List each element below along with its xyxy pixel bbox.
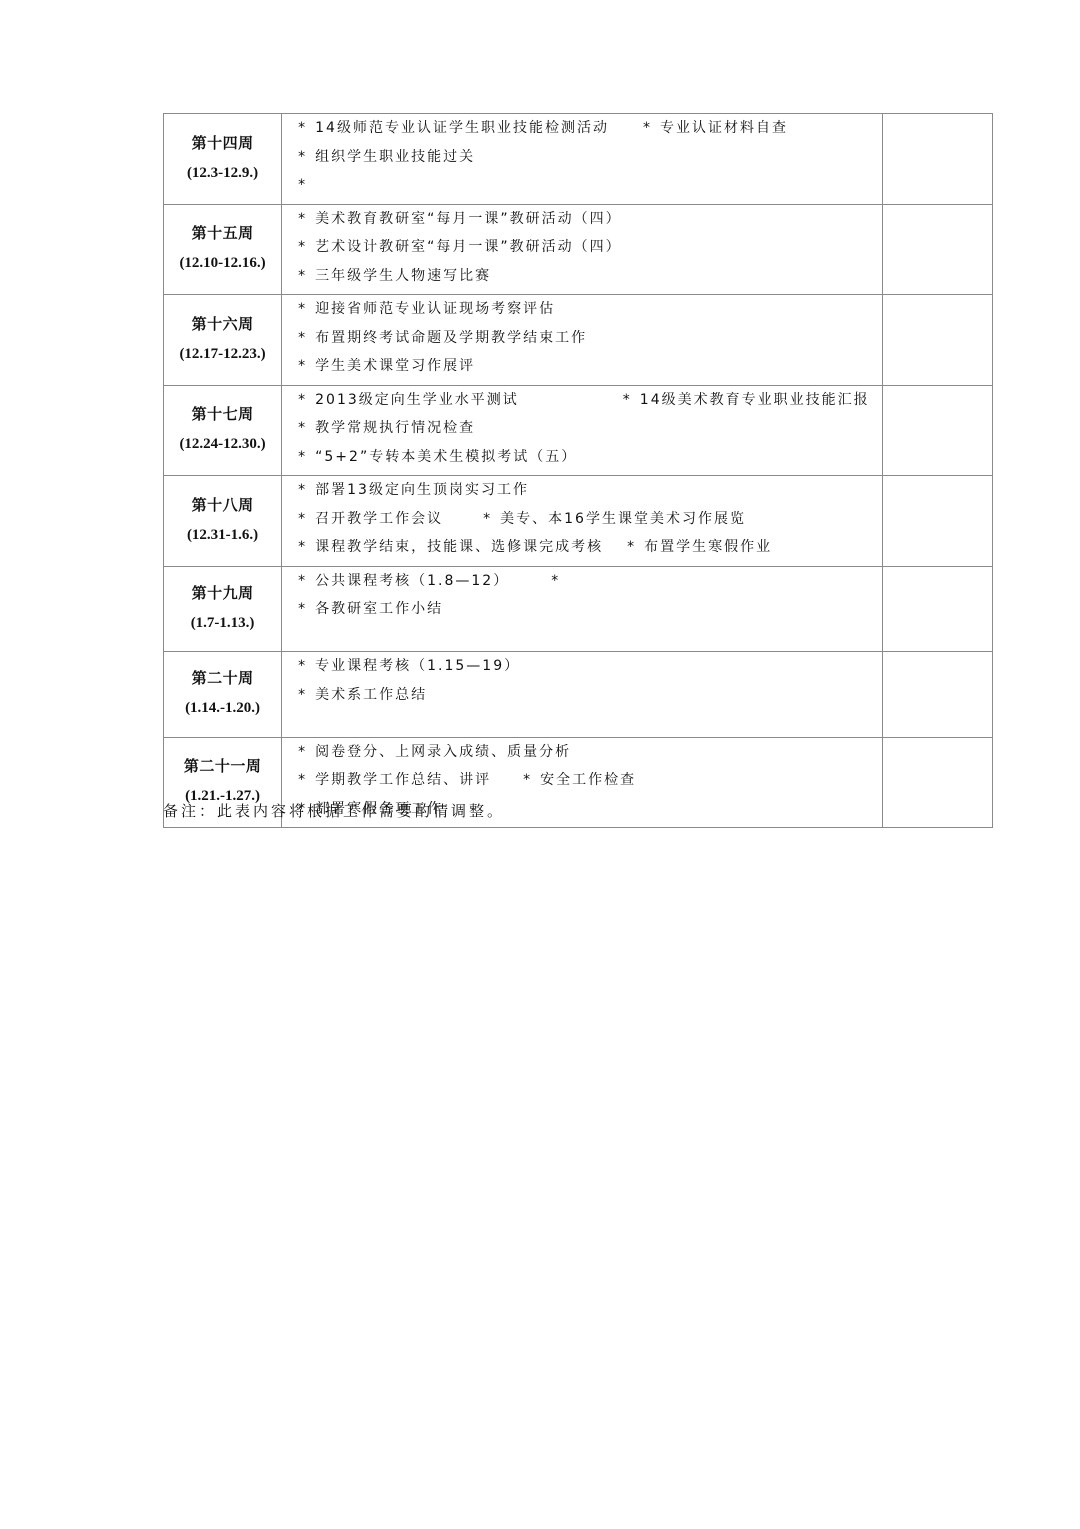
work-item-text: 课程教学结束，技能课、选修课完成考核 [315,539,603,555]
bullet-star-icon: * [298,571,315,592]
bullet-star-icon: * [298,770,315,791]
week-name: 第二十周 [164,665,281,694]
work-item: *教学常规执行情况检查 [298,418,475,447]
bullet-star-icon: * [298,418,315,439]
work-item: *三年级学生人物速写比赛 [298,266,491,295]
work-item: *专业课程考核（1.15—19） [298,656,520,685]
item-line: *学生美术课堂习作展评 [298,356,882,385]
work-item-text: 召开教学工作会议 [315,511,443,527]
week-name: 第二十一周 [164,753,281,782]
work-item: *公共课程考核（1.8—12） [298,571,509,600]
bullet-star-icon: * [298,742,315,763]
work-item-text: 美术教育教研室“每月一课”教研活动（四） [315,211,622,227]
item-line: *各教研室工作小结 [298,599,882,628]
week-dates: (12.10-12.16.) [164,249,281,278]
item-line: *2013级定向生学业水平测试*14级美术教育专业职业技能汇报 [298,390,882,419]
bullet-star-icon: * [551,571,568,592]
work-item-text: 专业课程考核（1.15—19） [315,658,520,674]
week-cell: 第十八周(12.31-1.6.) [164,476,282,567]
item-line: *艺术设计教研室“每月一课”教研活动（四） [298,237,882,266]
work-item: *学期教学工作总结、讲评 [298,770,491,799]
work-item-text: 14级美术教育专业职业技能汇报 [640,392,870,408]
work-item: *美术系工作总结 [298,685,427,714]
bullet-star-icon: * [483,509,500,530]
work-item-text: 阅卷登分、上网录入成绩、质量分析 [315,744,571,760]
work-item-text: 迎接省师范专业认证现场考察评估 [315,301,555,317]
item-line: *布置期终考试命题及学期教学结束工作 [298,328,882,357]
work-items-cell: *专业课程考核（1.15—19）*美术系工作总结 [282,652,883,738]
bullet-star-icon: * [298,356,315,377]
table-row: 第十七周(12.24-12.30.)*2013级定向生学业水平测试*14级美术教… [164,385,993,476]
work-item: *艺术设计教研室“每月一课”教研活动（四） [298,237,622,266]
week-dates: (12.3-12.9.) [164,159,281,188]
work-item-text: 布置期终考试命题及学期教学结束工作 [315,330,587,346]
bullet-star-icon: * [298,509,315,530]
work-item: *召开教学工作会议 [298,509,443,538]
bullet-star-icon: * [298,328,315,349]
work-item: * [551,571,568,600]
work-item-text: 部署13级定向生顶岗实习工作 [315,482,529,498]
bullet-star-icon: * [298,209,315,230]
work-item: * [298,175,315,204]
item-line: *美术系工作总结 [298,685,882,714]
work-item-text: 美术系工作总结 [315,687,427,703]
work-item: *课程教学结束，技能课、选修课完成考核 [298,537,603,566]
work-items-cell: *14级师范专业认证学生职业技能检测活动*专业认证材料自查*组织学生职业技能过关… [282,114,883,205]
week-name: 第十八周 [164,492,281,521]
work-item-text: 组织学生职业技能过关 [315,149,475,165]
schedule-table-body: 第十四周(12.3-12.9.)*14级师范专业认证学生职业技能检测活动*专业认… [164,114,993,828]
week-dates: (12.24-12.30.) [164,430,281,459]
item-line: *“5+2”专转本美术生模拟考试（五） [298,447,882,476]
work-item-text: 公共课程考核（1.8—12） [315,573,509,589]
week-dates: (1.14.-1.20.) [164,694,281,723]
bullet-star-icon: * [298,656,315,677]
work-item: *2013级定向生学业水平测试 [298,390,519,419]
bullet-star-icon: * [298,685,315,706]
item-line: *组织学生职业技能过关 [298,147,882,176]
bullet-star-icon: * [298,299,315,320]
work-item-text: 14级师范专业认证学生职业技能检测活动 [315,120,609,136]
week-cell: 第十七周(12.24-12.30.) [164,385,282,476]
work-item: *安全工作检查 [523,770,636,799]
schedule-table: 第十四周(12.3-12.9.)*14级师范专业认证学生职业技能检测活动*专业认… [163,113,993,828]
week-cell: 第二十周(1.14.-1.20.) [164,652,282,738]
week-name: 第十七周 [164,401,281,430]
work-items-cell: *公共课程考核（1.8—12）**各教研室工作小结 [282,566,883,652]
week-cell: 第十九周(1.7-1.13.) [164,566,282,652]
item-line: *三年级学生人物速写比赛 [298,266,882,295]
work-item: *14级师范专业认证学生职业技能检测活动 [298,118,609,147]
remark-cell [882,737,992,828]
work-item-text: 专业认证材料自查 [660,120,788,136]
work-item-text: 各教研室工作小结 [315,601,443,617]
work-items-cell: *迎接省师范专业认证现场考察评估*布置期终考试命题及学期教学结束工作*学生美术课… [282,295,883,386]
work-item-text: 三年级学生人物速写比赛 [315,268,491,284]
week-cell: 第十四周(12.3-12.9.) [164,114,282,205]
footnote: 备注：此表内容将根据工作需要酌情调整。 [163,800,505,822]
work-item: *布置期终考试命题及学期教学结束工作 [298,328,587,357]
remark-cell [882,476,992,567]
work-item-text: 教学常规执行情况检查 [315,420,475,436]
work-item: *学生美术课堂习作展评 [298,356,475,385]
bullet-star-icon: * [643,118,660,139]
remark-cell [882,114,992,205]
item-line: *课程教学结束，技能课、选修课完成考核*布置学生寒假作业 [298,537,882,566]
work-item-text: 学期教学工作总结、讲评 [315,772,491,788]
item-line: *专业课程考核（1.15—19） [298,656,882,685]
remark-cell [882,566,992,652]
item-line: *迎接省师范专业认证现场考察评估 [298,299,882,328]
bullet-star-icon: * [298,447,315,468]
bullet-star-icon: * [298,147,315,168]
bullet-star-icon: * [523,770,540,791]
bullet-star-icon: * [298,175,315,196]
work-item-text: 2013级定向生学业水平测试 [315,392,519,408]
work-item: *14级美术教育专业职业技能汇报 [623,390,870,419]
week-name: 第十六周 [164,311,281,340]
item-line: *阅卷登分、上网录入成绩、质量分析 [298,742,882,771]
table-row: 第十五周(12.10-12.16.)*美术教育教研室“每月一课”教研活动（四）*… [164,204,993,295]
work-item: *迎接省师范专业认证现场考察评估 [298,299,555,328]
week-name: 第十五周 [164,220,281,249]
bullet-star-icon: * [298,118,315,139]
remark-cell [882,204,992,295]
work-item: *阅卷登分、上网录入成绩、质量分析 [298,742,571,771]
item-line: *教学常规执行情况检查 [298,418,882,447]
work-item-text: “5+2”专转本美术生模拟考试（五） [315,449,577,465]
work-item: *各教研室工作小结 [298,599,443,628]
remark-cell [882,385,992,476]
work-items-cell: *2013级定向生学业水平测试*14级美术教育专业职业技能汇报*教学常规执行情况… [282,385,883,476]
week-cell: 第十六周(12.17-12.23.) [164,295,282,386]
week-dates: (12.17-12.23.) [164,340,281,369]
table-row: 第十九周(1.7-1.13.)*公共课程考核（1.8—12）**各教研室工作小结 [164,566,993,652]
work-item: *美专、本16学生课堂美术习作展览 [483,509,746,538]
bullet-star-icon: * [298,599,315,620]
bullet-star-icon: * [298,480,315,501]
item-line: *美术教育教研室“每月一课”教研活动（四） [298,209,882,238]
week-cell: 第十五周(12.10-12.16.) [164,204,282,295]
week-name: 第十九周 [164,580,281,609]
bullet-star-icon: * [298,237,315,258]
work-item-text: 布置学生寒假作业 [644,539,772,555]
bullet-star-icon: * [298,537,315,558]
table-row: 第二十周(1.14.-1.20.)*专业课程考核（1.15—19）*美术系工作总… [164,652,993,738]
work-item-text: 安全工作检查 [540,772,636,788]
item-line: *学期教学工作总结、讲评*安全工作检查 [298,770,882,799]
remark-cell [882,652,992,738]
bullet-star-icon: * [298,266,315,287]
work-item: *“5+2”专转本美术生模拟考试（五） [298,447,577,476]
week-dates: (12.31-1.6.) [164,521,281,550]
week-name: 第十四周 [164,130,281,159]
work-item-text: 艺术设计教研室“每月一课”教研活动（四） [315,239,622,255]
work-item: *布置学生寒假作业 [627,537,772,566]
work-item: *美术教育教研室“每月一课”教研活动（四） [298,209,622,238]
week-dates: (1.7-1.13.) [164,609,281,638]
bullet-star-icon: * [298,390,315,411]
bullet-star-icon: * [627,537,644,558]
work-item: *组织学生职业技能过关 [298,147,475,176]
item-line: *部署13级定向生顶岗实习工作 [298,480,882,509]
item-line: * [298,175,882,204]
work-items-cell: *部署13级定向生顶岗实习工作*召开教学工作会议*美专、本16学生课堂美术习作展… [282,476,883,567]
remark-cell [882,295,992,386]
item-line: *公共课程考核（1.8—12）* [298,571,882,600]
table-row: 第十八周(12.31-1.6.)*部署13级定向生顶岗实习工作*召开教学工作会议… [164,476,993,567]
table-row: 第十四周(12.3-12.9.)*14级师范专业认证学生职业技能检测活动*专业认… [164,114,993,205]
work-item: *专业认证材料自查 [643,118,788,147]
item-line: *召开教学工作会议*美专、本16学生课堂美术习作展览 [298,509,882,538]
table-row: 第十六周(12.17-12.23.)*迎接省师范专业认证现场考察评估*布置期终考… [164,295,993,386]
item-line: *14级师范专业认证学生职业技能检测活动*专业认证材料自查 [298,118,882,147]
work-item-text: 美专、本16学生课堂美术习作展览 [500,511,746,527]
work-items-cell: *美术教育教研室“每月一课”教研活动（四）*艺术设计教研室“每月一课”教研活动（… [282,204,883,295]
work-item: *部署13级定向生顶岗实习工作 [298,480,529,509]
work-item-text: 学生美术课堂习作展评 [315,358,475,374]
bullet-star-icon: * [623,390,640,411]
